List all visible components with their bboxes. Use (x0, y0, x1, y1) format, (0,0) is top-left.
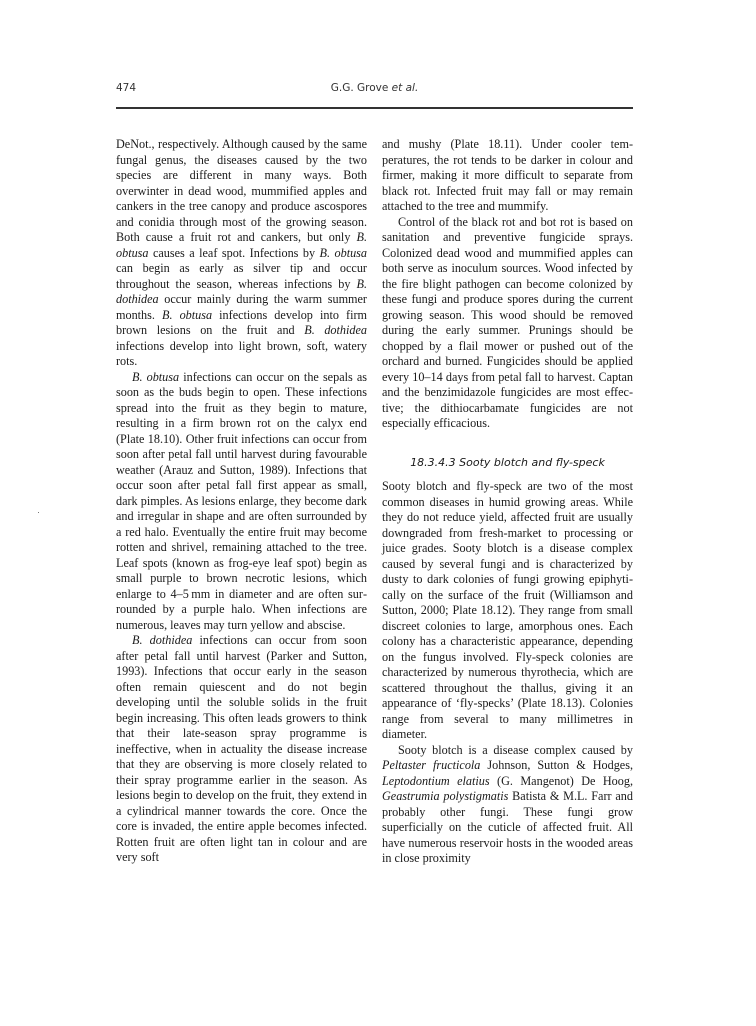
running-head: G.G. Grove et al. (116, 82, 633, 94)
text: Sooty blotch is a disease complex caused… (398, 743, 633, 757)
species-name: B. obtusa (320, 246, 367, 260)
text: (G. Mangenot) De Hoog, (490, 774, 633, 788)
species-name: Peltaster fructicola (382, 758, 480, 772)
text: can begin as early as silver tip and occ… (116, 261, 367, 291)
text: causes a leaf spot. Infections by (149, 246, 320, 260)
paragraph: Sooty blotch is a disease complex caused… (382, 743, 633, 867)
paragraph: B. obtusa infections can occur on the se… (116, 370, 367, 634)
paragraph: DeNot., respectively. Although caused by… (116, 137, 367, 370)
section-heading: 18.3.4.3 Sooty blotch and fly-speck (382, 455, 633, 471)
text: Johnson, Sutton & Hodges, (480, 758, 633, 772)
scan-artifact-dot (38, 512, 39, 513)
text: infections develop into light brown, sof… (116, 339, 367, 369)
left-column: DeNot., respectively. Although caused by… (116, 137, 367, 866)
text: infections can occur from soon after pet… (116, 633, 367, 864)
right-column: and mushy (Plate 18.11). Under cooler te… (382, 137, 633, 867)
species-name: B. obtusa (162, 308, 212, 322)
paragraph: Sooty blotch and fly-speck are two of th… (382, 479, 633, 743)
species-name: Geastrumia polystigmatis (382, 789, 508, 803)
running-head-etal: et al. (392, 82, 419, 94)
paragraph: B. dothidea infections can occur from so… (116, 633, 367, 866)
text: infections can occur on the sepals as so… (116, 370, 367, 632)
species-name: B. dothidea (132, 633, 192, 647)
species-name: B. obtusa (132, 370, 179, 384)
species-name: B. dothidea (304, 323, 367, 337)
species-name: Leptodontium elatius (382, 774, 490, 788)
header-rule (116, 107, 633, 109)
text: DeNot., respectively. Although caused by… (116, 137, 367, 244)
page-header: 474 G.G. Grove et al. (116, 82, 633, 102)
paragraph: Control of the black rot and bot rot is … (382, 215, 633, 432)
paragraph: and mushy (Plate 18.11). Under cooler te… (382, 137, 633, 215)
running-head-author: G.G. Grove (331, 82, 392, 94)
